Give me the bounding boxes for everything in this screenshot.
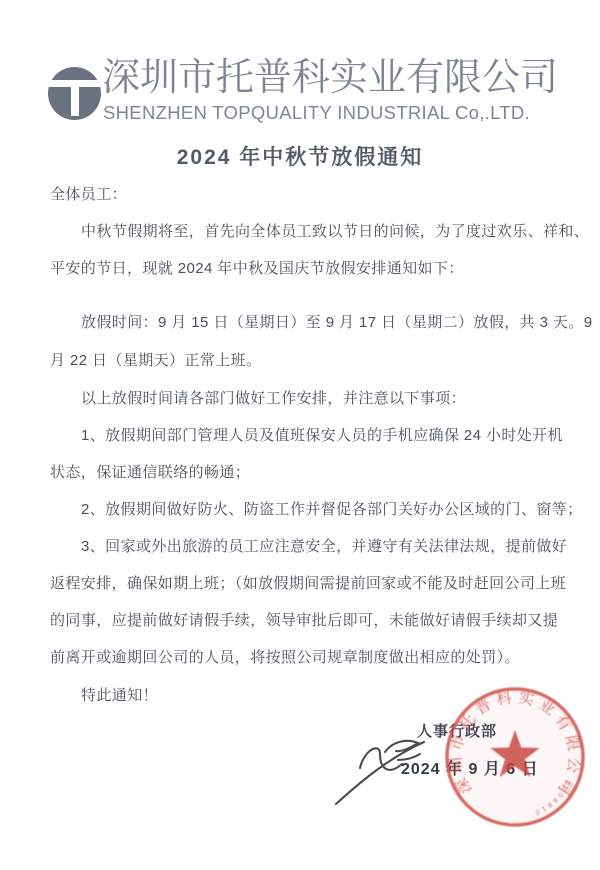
notice-document: 深圳市托普科实业有限公司 SHENZHEN TOPQUALITY INDUSTR… xyxy=(0,0,600,870)
company-logo-t-icon xyxy=(48,67,101,120)
salutation-line: 全体员工： xyxy=(50,183,127,204)
body-line: 放假时间：9 月 15 日（星期日）至 9 月 17 日（星期二）放假，共 3 … xyxy=(81,311,592,332)
company-name-english: SHENZHEN TOPQUALITY INDUSTRIAL Co,.LTD. xyxy=(103,102,530,124)
body-line: 中秋节假期将至，首先向全体员工致以节日的问候，为了度过欢乐、祥和、 xyxy=(81,220,589,241)
body-line: 月 22 日（星期天）正常上班。 xyxy=(50,349,261,370)
company-seal: 深圳市托普科实业有限公司 5208810 xyxy=(442,684,588,830)
body-line: 前离开或逾期回公司的人员，将按照公司规章制度做出相应的处罚）。 xyxy=(50,646,520,667)
notice-title: 2024 年中秋节放假通知 xyxy=(0,141,600,171)
logo-t-stem xyxy=(71,87,79,116)
company-name-chinese: 深圳市托普科实业有限公司 xyxy=(102,56,558,100)
body-line: 2、放假期间做好防火、防盗工作并督促各部门关好办公区域的门、窗等； xyxy=(81,498,583,519)
body-line: 状态，保证通信联络的畅通； xyxy=(50,461,250,482)
body-line: 的同事，应提前做好请假手续，领导审批后即可，未能做好请假手续却又提 xyxy=(50,609,558,630)
body-line: 以上放假时间请各部门做好工作安排，并注意以下事项： xyxy=(81,387,466,408)
body-line: 平安的节日，现就 2024 年中秋及国庆节放假安排通知如下： xyxy=(50,257,464,278)
body-line: 返程安排，确保如期上班；（如放假期间需提前回家或不能及时赶回公司上班 xyxy=(50,572,566,593)
body-line: 1、放假期间部门管理人员及值班保安人员的手机应确保 24 小时处开机 xyxy=(81,424,563,445)
logo-t-crossbar xyxy=(48,80,101,87)
body-line: 3、回家或外出旅游的员工应注意安全，并遵守有关法律法规，提前做好 xyxy=(81,535,567,556)
closing-line: 特此通知！ xyxy=(81,684,158,705)
handwritten-signature-icon xyxy=(330,726,442,810)
